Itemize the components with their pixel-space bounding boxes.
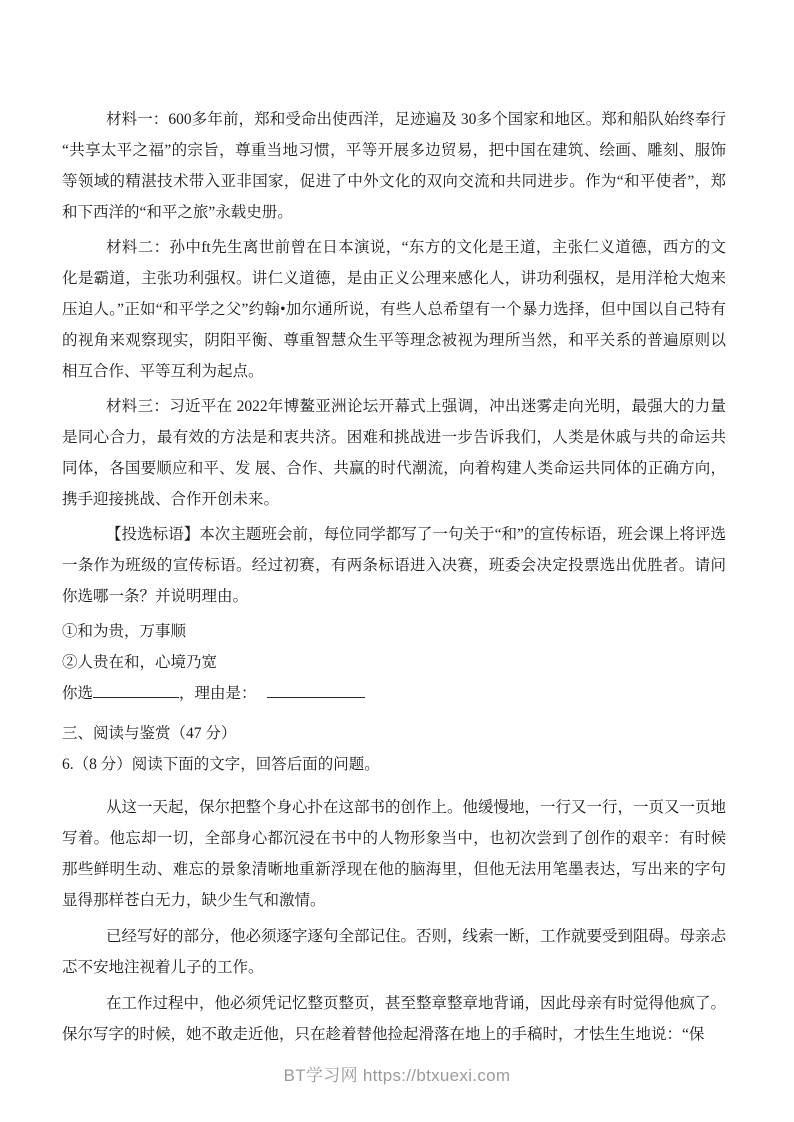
passage-paragraph-3: 在工作过程中，他必须凭记忆整页整页，甚至整章整章地背诵，因此母亲有时觉得他疯了。… <box>62 988 726 1050</box>
document-content: 材料一：600多年前，郑和受命出使西洋，足迹遍及 30多个国家和地区。郑和船队始… <box>62 104 726 1054</box>
fill-line-prefix: 你选 <box>62 685 93 702</box>
site-watermark-footer: BT学习网 https://btxuexi.com <box>0 1061 794 1086</box>
answer-blank-reason <box>267 681 365 698</box>
slogan-option-1: ①和为贵，万事顺 <box>62 616 726 647</box>
answer-fill-line: 你选，理由是： <box>62 678 726 709</box>
passage-paragraph-1: 从这一天起，保尔把整个身心扑在这部书的创作上。他缓慢地，一行又一行，一页又一页地… <box>62 792 726 916</box>
section-heading-reading: 三、阅读与鉴赏（47 分） <box>62 718 726 749</box>
passage-paragraph-2: 已经写好的部分，他必须逐字逐句全部记住。否则，线索一断，工作就要受到阻碍。母亲忐… <box>62 921 726 983</box>
question-6-stem: 6.（8 分）阅读下面的文字，回答后面的问题。 <box>62 749 726 780</box>
exam-paper-page: 材料一：600多年前，郑和受命出使西洋，足迹遍及 30多个国家和地区。郑和船队始… <box>0 0 794 1122</box>
vote-slogan-paragraph: 【投选标语】本次主题班会前，每位同学都写了一句关于“和”的宣传标语，班会课上将评… <box>62 519 726 612</box>
material-2-paragraph: 材料二：孙中ft先生离世前曾在日本演说，“东方的文化是王道，主张仁义道德，西方的… <box>62 232 726 387</box>
material-1-paragraph: 材料一：600多年前，郑和受命出使西洋，足迹遍及 30多个国家和地区。郑和船队始… <box>62 104 726 228</box>
footer-text: BT学习网 https://btxuexi.com <box>284 1066 511 1085</box>
answer-blank-choice <box>93 681 179 698</box>
slogan-option-2: ②人贵在和，心境乃宽 <box>62 647 726 678</box>
material-3-paragraph: 材料三：习近平在 2022年博鳌亚洲论坛开幕式上强调，冲出迷雾走向光明，最强大的… <box>62 391 726 515</box>
fill-line-mid: ，理由是： <box>179 685 257 702</box>
